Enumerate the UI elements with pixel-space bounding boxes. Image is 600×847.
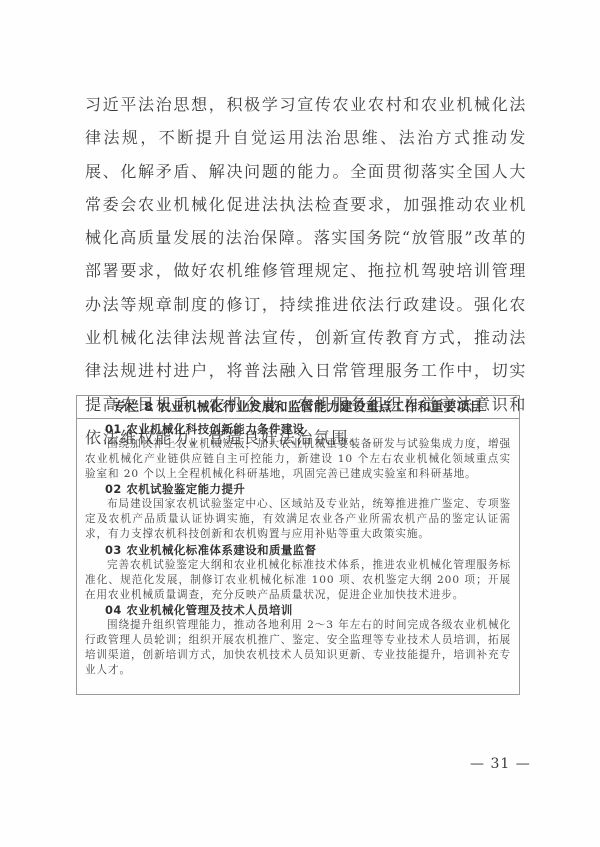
item-title: 02 农机试验鉴定能力提升	[85, 482, 511, 497]
item-title: 04 农业机械化管理及技术人员培训	[85, 603, 511, 618]
box-title: 专栏 8 农业机械化行业发展和监管能力建设重点工作和重要项目	[77, 396, 519, 419]
item-title: 01 农业机械化科技创新能力条件建设	[85, 422, 511, 437]
document-page: 习近平法治思想，积极学习宣传农业农村和农业机械化法律法规，不断提升自觉运用法治思…	[0, 0, 600, 847]
item-text: 围绕加快补上农业机械短板，加大农业机械重要装备研发与试验集成力度，增强农业机械化…	[85, 437, 511, 482]
item-title: 03 农业机械化标准体系建设和质量监督	[85, 543, 511, 558]
box-item: 04 农业机械化管理及技术人员培训 围绕提升组织管理能力，推动各地利用 2～3 …	[85, 603, 511, 678]
box-item: 02 农机试验鉴定能力提升 布局建设国家农机试验鉴定中心、区域站及专业站，统筹推…	[85, 482, 511, 542]
column-box-8: 专栏 8 农业机械化行业发展和监管能力建设重点工作和重要项目 01 农业机械化科…	[76, 395, 520, 695]
item-text: 布局建设国家农机试验鉴定中心、区域站及专业站，统筹推进推广鉴定、专项鉴定及农机产…	[85, 497, 511, 542]
item-text: 围绕提升组织管理能力，推动各地利用 2～3 年左右的时间完成各级农业机械化行政管…	[85, 618, 511, 678]
page-number: — 31 —	[470, 756, 531, 772]
box-body: 01 农业机械化科技创新能力条件建设 围绕加快补上农业机械短板，加大农业机械重要…	[77, 419, 519, 678]
box-item: 03 农业机械化标准体系建设和质量监督 完善农机试验鉴定大纲和农业机械化标准技术…	[85, 543, 511, 603]
box-item: 01 农业机械化科技创新能力条件建设 围绕加快补上农业机械短板，加大农业机械重要…	[85, 422, 511, 482]
item-text: 完善农机试验鉴定大纲和农业机械化标准技术体系，推进农业机械化管理服务标准化、规范…	[85, 558, 511, 603]
